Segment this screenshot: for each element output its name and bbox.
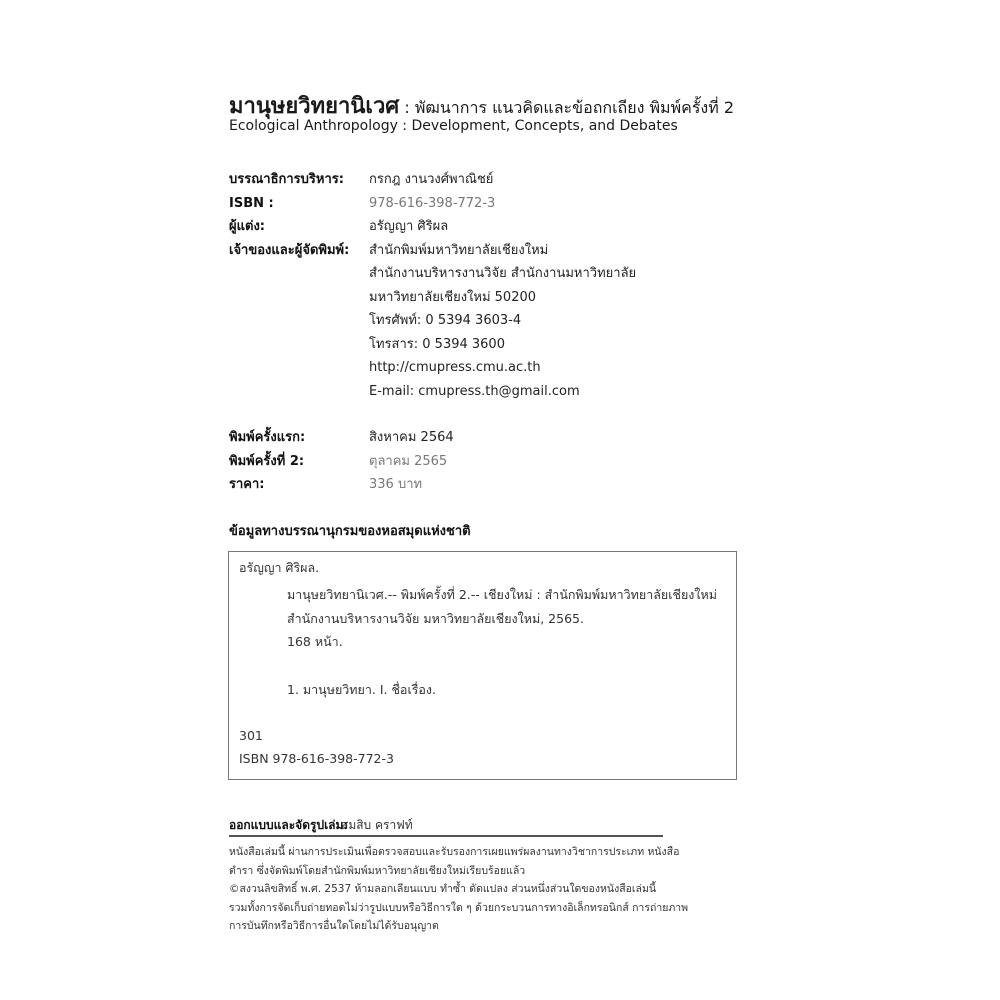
printing-value: 336 บาท [369, 473, 422, 497]
divider [229, 835, 663, 837]
info-value: กรกฎ งานวงศ์พาณิชย์ [369, 168, 493, 192]
info-label: บรรณาธิการบริหาร: [229, 168, 344, 192]
catalog-line-1: มานุษยวิทยานิเวศ.-- พิมพ์ครั้งที่ 2.-- เ… [287, 585, 717, 605]
info-value: สำนักงานบริหารงานวิจัย สำนักงานมหาวิทยาล… [369, 262, 636, 286]
info-label: ISBN : [229, 192, 274, 216]
catalog-author: อรัญญา ศิริผล. [239, 558, 319, 578]
info-value: สำนักพิมพ์มหาวิทยาลัยเชียงใหม่ [369, 239, 548, 263]
info-value: โทรสาร: 0 5394 3600 [369, 333, 505, 357]
notice-line: หนังสือเล่มนี้ ผ่านการประเมินเพื่อตรวจสอ… [229, 843, 669, 862]
catalog-isbn: ISBN 978-616-398-772-3 [239, 751, 394, 766]
notice-line: ©สงวนลิขสิทธิ์ พ.ศ. 2537 ห้ามลอกเลียนแบบ… [229, 880, 669, 899]
design-value: สมสิบ คราฟท์ [341, 816, 413, 835]
email-link[interactable]: E-mail: cmupress.th@gmail.com [369, 380, 580, 404]
catalog-pages: 168 หน้า. [287, 632, 343, 652]
catalog-class-number: 301 [239, 728, 263, 743]
printing-value: ตุลาคม 2565 [369, 450, 447, 474]
catalog-line-2: สำนักงานบริหารงานวิจัย มหาวิทยาลัยเชียงใ… [287, 609, 584, 629]
design-label: ออกแบบและจัดรูปเล่ม: [229, 818, 348, 832]
book-title-english: Ecological Anthropology : Development, C… [229, 118, 678, 134]
printing-label: พิมพ์ครั้งแรก: [229, 426, 305, 450]
title-main-thai: มานุษยวิทยานิเวศ [229, 94, 399, 119]
catalog-heading: ข้อมูลทางบรรณานุกรมของหอสมุดแห่งชาติ [229, 520, 471, 541]
printing-value: สิงหาคม 2564 [369, 426, 454, 450]
catalog-subject: 1. มานุษยวิทยา. I. ชื่อเรื่อง. [287, 680, 436, 700]
info-value: 978-616-398-772-3 [369, 192, 495, 216]
notice-line: รวมทั้งการจัดเก็บถ่ายทอดไม่ว่ารูปแบบหรือ… [229, 899, 669, 918]
notice-line: การบันทึกหรือวิธีการอื่นใดโดยไม่ได้รับอน… [229, 917, 669, 936]
printing-label: ราคา: [229, 473, 264, 497]
info-label: ผู้แต่ง: [229, 215, 265, 239]
printing-label: พิมพ์ครั้งที่ 2: [229, 450, 304, 474]
info-value: โทรศัพท์: 0 5394 3603-4 [369, 309, 521, 333]
info-value: อรัญญา ศิริผล [369, 215, 448, 239]
notice-line: ตำรา ซึ่งจัดพิมพ์โดยสำนักพิมพ์มหาวิทยาลั… [229, 862, 669, 881]
copyright-notice: หนังสือเล่มนี้ ผ่านการประเมินเพื่อตรวจสอ… [229, 843, 669, 936]
catalog-box: อรัญญา ศิริผล. มานุษยวิทยานิเวศ.-- พิมพ์… [228, 551, 737, 780]
title-subtitle-thai: : พัฒนาการ แนวคิดและข้อถกเถียง พิมพ์ครั้… [399, 98, 734, 117]
design-credit: ออกแบบและจัดรูปเล่ม: สมสิบ คราฟท์ [229, 816, 348, 835]
website-link[interactable]: http://cmupress.cmu.ac.th [369, 356, 541, 380]
info-value: มหาวิทยาลัยเชียงใหม่ 50200 [369, 286, 536, 310]
info-label: เจ้าของและผู้จัดพิมพ์: [229, 239, 349, 263]
